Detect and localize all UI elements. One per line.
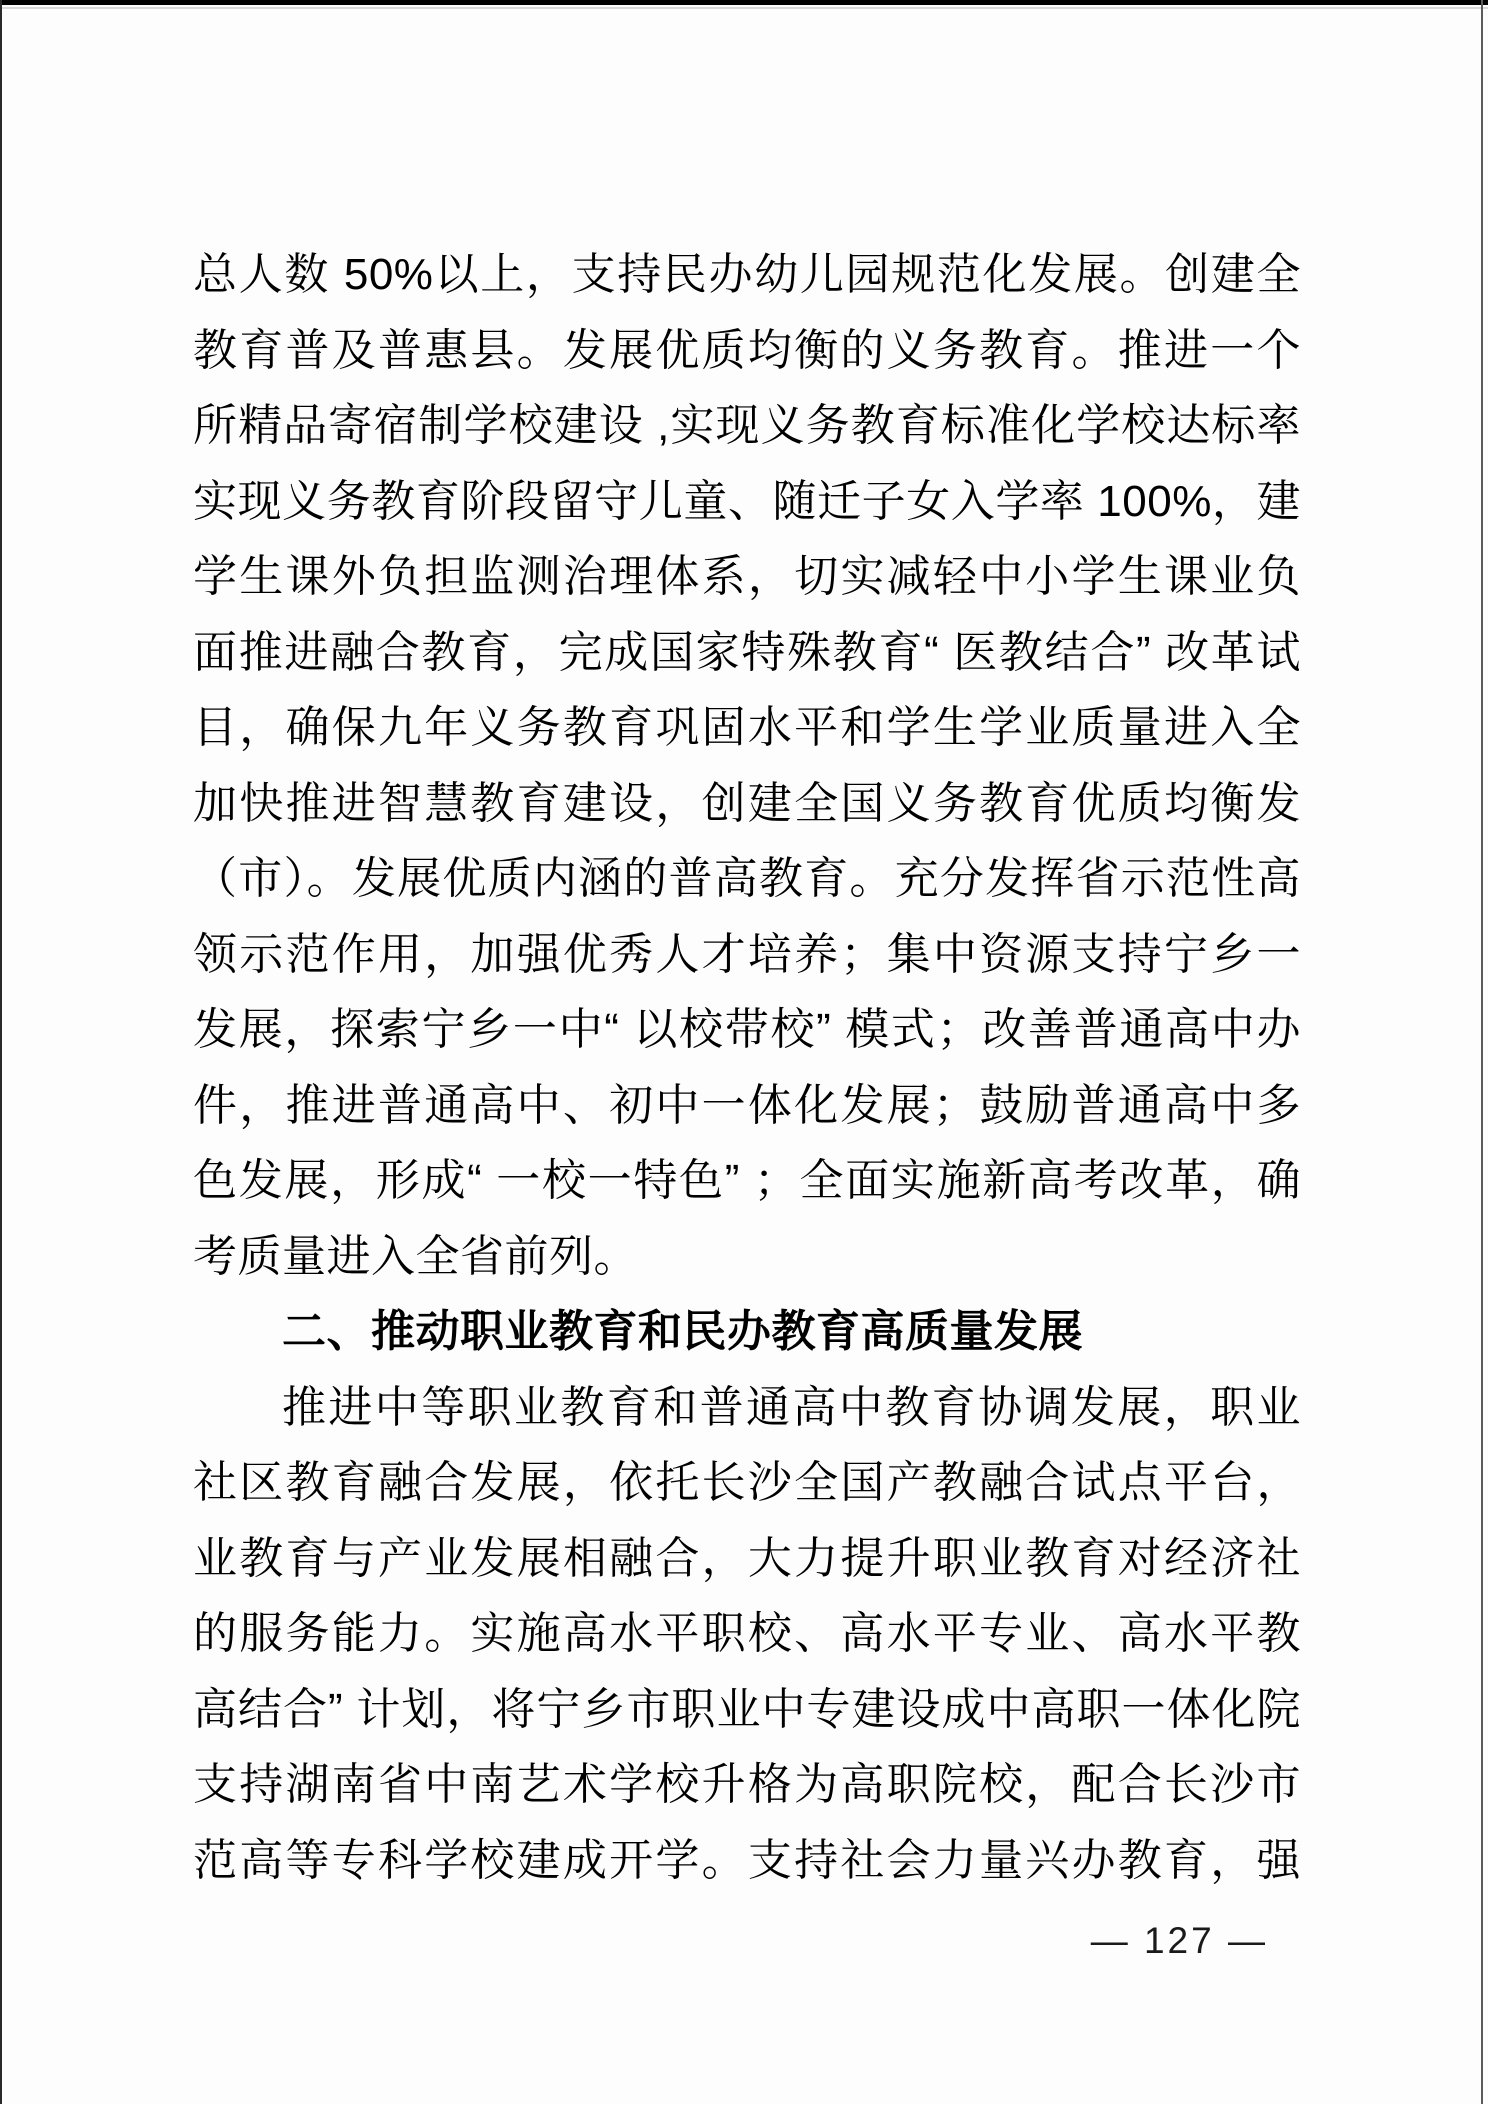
- text-line: 加快推进智慧教育建设，创建全国义务教育优质均衡发展县: [193, 766, 1301, 842]
- text-line: 教育普及普惠县。发展优质均衡的义务教育。推进一个乡镇一: [193, 313, 1301, 389]
- text-line: 目，确保九年义务教育巩固水平和学生学业质量进入全省前列，: [193, 690, 1301, 766]
- section-heading-vocational-education: 二、推动职业教育和民办教育高质量发展: [193, 1294, 1301, 1370]
- scan-top-border-faint: [0, 7, 1488, 9]
- paragraph-education-quality: 总人数 50%以上，支持民办幼儿园规范化发展。创建全国学前教育普及普惠县。发展优…: [193, 237, 1301, 1294]
- text-line: 社区教育融合发展，依托长沙全国产教融合试点平台，推进职: [193, 1445, 1301, 1521]
- text-line: 发展，探索宁乡一中“ 以校带校” 模式；改善普通高中办学条: [193, 992, 1301, 1068]
- text-line: 面推进融合教育，完成国家特殊教育“ 医教结合” 改革试点项: [193, 615, 1301, 691]
- text-line: 推进中等职业教育和普通高中教育协调发展，职业教育与: [193, 1370, 1301, 1446]
- text-line: 业教育与产业发展相融合，大力提升职业教育对经济社会发展: [193, 1521, 1301, 1597]
- text-line: 支持湖南省中南艺术学校升格为高职院校，配合长沙市幼儿师: [193, 1747, 1301, 1823]
- text-line: 所精品寄宿制学校建设 ,实现义务教育标准化学校达标率 100%，: [193, 388, 1301, 464]
- scan-top-border: [0, 0, 1488, 5]
- page-number: — 127 —: [193, 1917, 1268, 1965]
- text-line: 考质量进入全省前列。: [193, 1219, 1301, 1295]
- text-line: 范高等专科学校建成开学。支持社会力量兴办教育，强化党对: [193, 1823, 1301, 1899]
- text-line: 领示范作用，加强优秀人才培养；集中资源支持宁乡一中优质: [193, 917, 1301, 993]
- document-page: 总人数 50%以上，支持民办幼儿园规范化发展。创建全国学前教育普及普惠县。发展优…: [0, 0, 1488, 2104]
- text-line: 件，推进普通高中、初中一体化发展；鼓励普通高中多样化特: [193, 1068, 1301, 1144]
- text-line: 的服务能力。实施高水平职校、高水平专业、高水平教师“ 三: [193, 1596, 1301, 1672]
- paragraph-vocational-education: 推进中等职业教育和普通高中教育协调发展，职业教育与社区教育融合发展，依托长沙全国…: [193, 1370, 1301, 1899]
- text-line: （市）。发展优质内涵的普高教育。充分发挥省示范性高中引: [193, 841, 1301, 917]
- text-line: 实现义务教育阶段留守儿童、随迁子女入学率 100%，建立中小: [193, 464, 1301, 540]
- scan-right-border: [1481, 0, 1483, 2104]
- text-line: 学生课外负担监测治理体系，切实减轻中小学生课业负担，全: [193, 539, 1301, 615]
- text-line: 高结合” 计划，将宁乡市职业中专建设成中高职一体化院校，: [193, 1672, 1301, 1748]
- text-line: 总人数 50%以上，支持民办幼儿园规范化发展。创建全国学前: [193, 237, 1301, 313]
- body-text-block: 总人数 50%以上，支持民办幼儿园规范化发展。创建全国学前教育普及普惠县。发展优…: [193, 237, 1301, 1898]
- text-line: 色发展，形成“ 一校一特色” ；全面实施新高考改革，确保高: [193, 1143, 1301, 1219]
- scan-left-border: [0, 0, 2, 2104]
